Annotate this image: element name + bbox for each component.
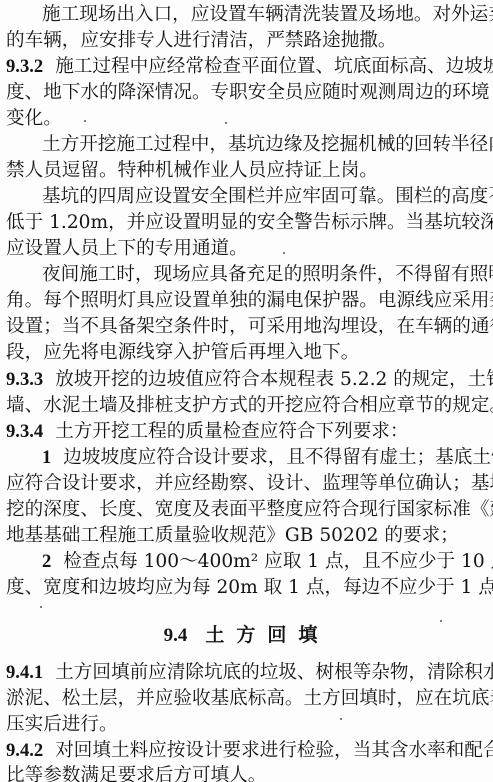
paragraph-line: 变化。: [6, 107, 485, 131]
scan-speck: [440, 620, 442, 622]
section-number: 9.4: [164, 625, 188, 646]
line-text: 度、宽度和边坡均应为每 20m 取 1 点，每边不应少于 1 点。: [6, 577, 493, 598]
clause-number: 9.3.2: [6, 56, 43, 77]
clause-9-3-3: 9.3.3放坡开挖的边坡值应符合本规程表 5.2.2 的规定，土钉: [6, 368, 485, 392]
paragraph-line: 比等参数满足要求后方可填人。: [6, 764, 485, 782]
line-text: 地基基础工程施工质量验收规范》GB 50202 的要求；: [6, 525, 459, 546]
paragraph-line: 应符合设计要求，并应经勘察、设计、监理等单位确认；基坑开: [6, 472, 485, 496]
clause-number: 9.4.2: [6, 740, 43, 761]
list-item-2: 2检查点每 100～400m² 应取 1 点，且不应少于 10 点；长: [42, 550, 485, 574]
line-text: 禁人员逗留。特种机械作业人员应持证上岗。: [6, 160, 378, 181]
scan-speck: [84, 120, 86, 122]
paragraph-line: 淤泥、松土层，并应验收基底标高。土方回填时，应在坑底表面: [6, 687, 485, 711]
line-text: 低于 1.20m，并应设置明显的安全警告标示牌。当基坑较深时，: [6, 212, 493, 233]
line-text: 边坡坡度应符合设计要求，且不得留有虚土；基底土性: [63, 447, 493, 468]
line-text: 挖的深度、长度、宽度及表面平整度应符合现行国家标准《建筑: [6, 499, 493, 520]
line-text: 角。每个照明灯具应设置单独的漏电保护器。电源线应采用架空: [6, 290, 493, 311]
paragraph-line: 夜间施工时，现场应具备充足的照明条件，不得留有照明死: [42, 263, 485, 287]
document-page: 施工现场出入口，应设置车辆清洗装置及场地。对外运弃土 的车辆，应安排专人进行清洁…: [0, 0, 493, 782]
line-text: 设置；当不具备架空条件时，可采用地沟埋设，在车辆的通行地: [6, 316, 493, 337]
paragraph-line: 墙、水泥土墙及排桩支护方式的开挖应符合相应章节的规定。: [6, 394, 485, 418]
paragraph-line: 施工现场出入口，应设置车辆清洗装置及场地。对外运弃土: [42, 3, 485, 27]
line-text: 对回填土料应按设计要求进行检验，当其含水率和配合: [55, 740, 493, 761]
line-text: 放坡开挖的边坡值应符合本规程表 5.2.2 的规定，土钉: [55, 369, 493, 390]
paragraph-line: 禁人员逗留。特种机械作业人员应持证上岗。: [6, 159, 485, 183]
line-text: 基坑的四周应设置安全围栏并应牢固可靠。围栏的高度不应: [42, 186, 493, 207]
line-text: 淤泥、松土层，并应验收基底标高。土方回填时，应在坑底表面: [6, 688, 493, 709]
paragraph-line: 基坑的四周应设置安全围栏并应牢固可靠。围栏的高度不应: [42, 185, 485, 209]
line-text: 应符合设计要求，并应经勘察、设计、监理等单位确认；基坑开: [6, 473, 493, 494]
line-text: 土方开挖施工过程中，基坑边缘及挖掘机械的回转半径内严: [42, 134, 493, 155]
line-text: 段，应先将电源线穿入护管后再埋入地下。: [6, 342, 359, 363]
line-text: 压实后进行。: [6, 714, 118, 735]
paragraph-line: 应设置人员上下的专用通道。: [6, 237, 485, 261]
list-item-1: 1边坡坡度应符合设计要求，且不得留有虚土；基底土性: [42, 446, 485, 470]
scan-speck: [40, 606, 42, 608]
line-text: 比等参数满足要求后方可填人。: [6, 765, 266, 782]
paragraph-line: 角。每个照明灯具应设置单独的漏电保护器。电源线应采用架空: [6, 289, 485, 313]
clause-9-3-2: 9.3.2施工过程中应经常检查平面位置、坑底面标高、边坡坡: [6, 55, 485, 79]
scan-speck: [225, 122, 227, 124]
scan-speck: [340, 718, 342, 720]
line-text: 度、地下水的降深情况。专职安全员应随时观测周边的环境: [6, 82, 489, 103]
section-title: 土方回填: [205, 624, 329, 646]
paragraph-line: 度、宽度和边坡均应为每 20m 取 1 点，每边不应少于 1 点。: [6, 576, 485, 600]
clause-number: 9.3.4: [6, 421, 43, 442]
paragraph-line: 压实后进行。: [6, 713, 485, 737]
paragraph-line: 设置；当不具备架空条件时，可采用地沟埋设，在车辆的通行地: [6, 315, 485, 339]
line-text: 应设置人员上下的专用通道。: [6, 238, 248, 259]
paragraph-line: 地基基础工程施工质量验收规范》GB 50202 的要求；: [6, 524, 485, 548]
item-number: 2: [42, 551, 51, 572]
line-text: 施工现场出入口，应设置车辆清洗装置及场地。对外运弃土: [42, 4, 493, 25]
section-heading: 9.4土方回填: [0, 623, 493, 648]
line-text: 土方回填前应清除坑底的垃圾、树根等杂物，清除积水、: [55, 662, 493, 683]
line-text: 的车辆，应安排专人进行清洁，严禁路途抛撒。: [6, 30, 396, 51]
line-text: 夜间施工时，现场应具备充足的照明条件，不得留有照明死: [42, 264, 493, 285]
paragraph-line: 土方开挖施工过程中，基坑边缘及挖掘机械的回转半径内严: [42, 133, 485, 157]
item-number: 1: [42, 447, 51, 468]
clause-9-4-1: 9.4.1土方回填前应清除坑底的垃圾、树根等杂物，清除积水、: [6, 661, 485, 685]
clause-number: 9.4.1: [6, 662, 43, 683]
clause-number: 9.3.3: [6, 369, 43, 390]
paragraph-line: 度、地下水的降深情况。专职安全员应随时观测周边的环境: [6, 81, 485, 105]
scan-speck: [283, 252, 285, 254]
clause-9-4-2: 9.4.2对回填土料应按设计要求进行检验，当其含水率和配合: [6, 739, 485, 763]
line-text: 土方开挖工程的质量检查应符合下列要求：: [55, 421, 408, 442]
line-text: 施工过程中应经常检查平面位置、坑底面标高、边坡坡: [55, 56, 493, 77]
line-text: 墙、水泥土墙及排桩支护方式的开挖应符合相应章节的规定。: [6, 395, 493, 416]
paragraph-line: 的车辆，应安排专人进行清洁，严禁路途抛撒。: [6, 29, 485, 53]
paragraph-line: 低于 1.20m，并应设置明显的安全警告标示牌。当基坑较深时，: [6, 211, 485, 235]
paragraph-line: 段，应先将电源线穿入护管后再埋入地下。: [6, 341, 485, 365]
line-text: 变化。: [6, 108, 62, 129]
line-text: 检查点每 100～400m² 应取 1 点，且不应少于 10 点；长: [63, 551, 493, 572]
clause-9-3-4: 9.3.4土方开挖工程的质量检查应符合下列要求：: [6, 420, 485, 444]
paragraph-line: 挖的深度、长度、宽度及表面平整度应符合现行国家标准《建筑: [6, 498, 485, 522]
